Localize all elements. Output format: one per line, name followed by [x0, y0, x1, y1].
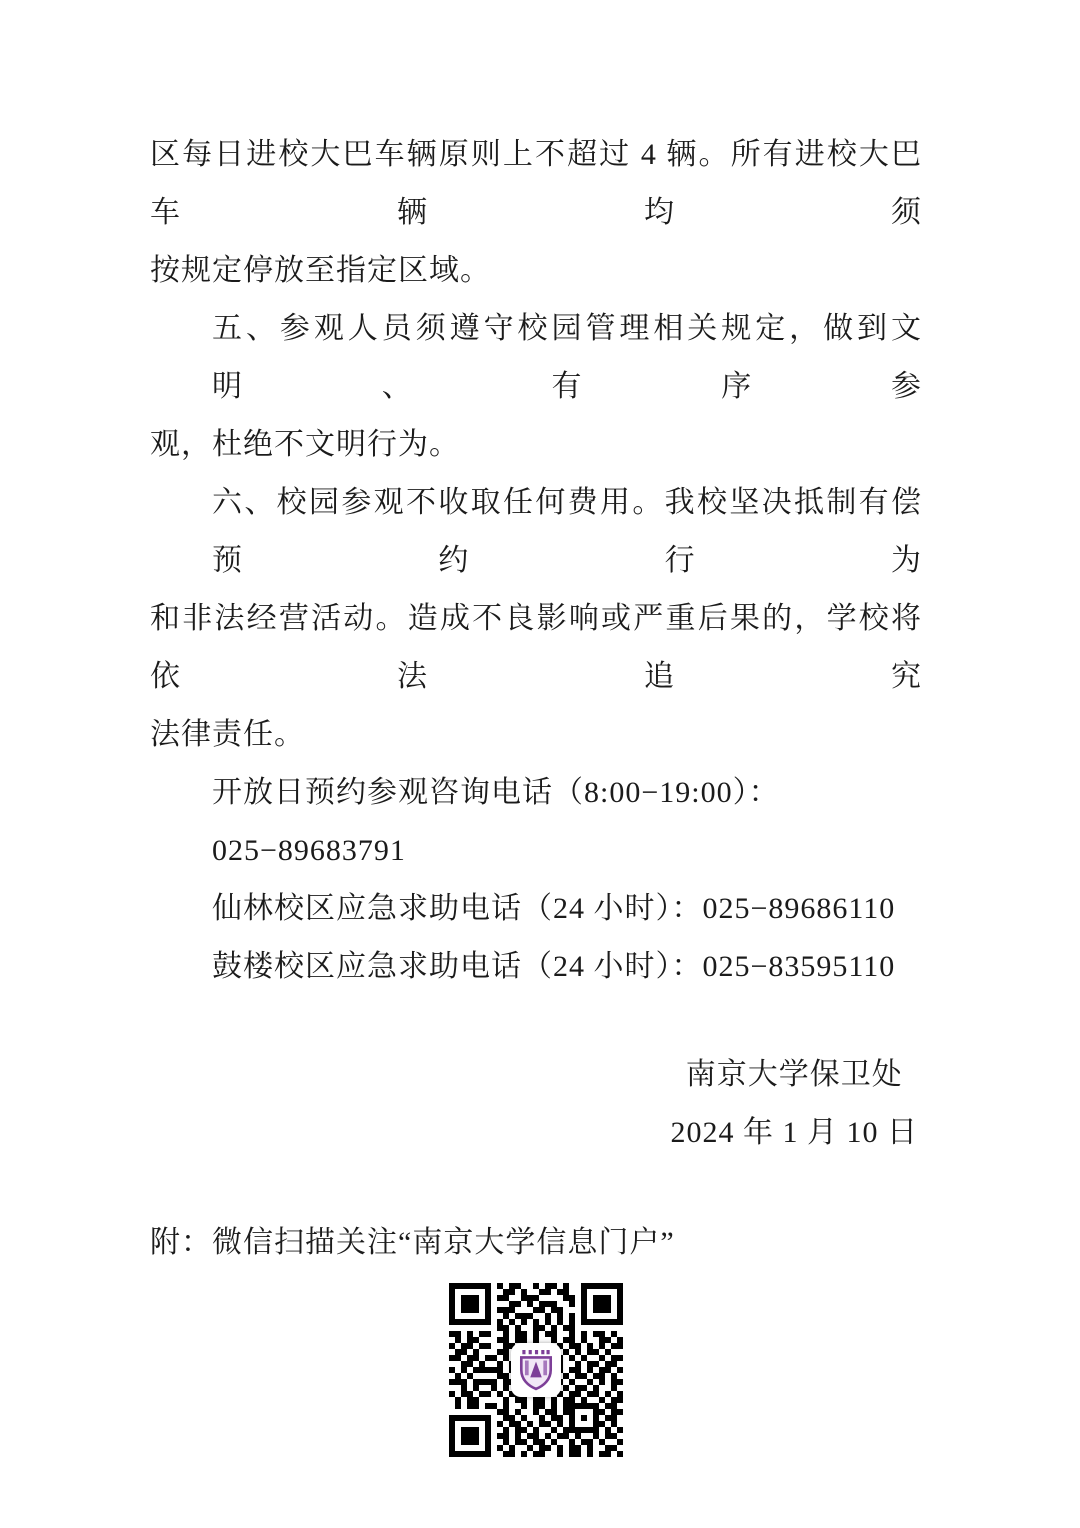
phone-line-gulou: 鼓楼校区应急求助电话（24 小时）：025−83595110 [150, 938, 922, 996]
document-page: 区每日进校大巴车辆原则上不超过 4 辆。所有进校大巴车辆均须 按规定停放至指定区… [0, 0, 1080, 1528]
body-line: 六、校园参观不收取任何费用。我校坚决抵制有偿预约行为 [150, 474, 922, 590]
body-line: 五、参观人员须遵守校园管理相关规定，做到文明、有序参 [150, 300, 922, 416]
university-shield-icon [518, 1349, 554, 1391]
phone-line-openday: 开放日预约参观咨询电话（8:00−19:00）：025−89683791 [150, 764, 922, 880]
body-line: 观，杜绝不文明行为。 [150, 416, 922, 474]
signature-date: 2024 年 1 月 10 日 [671, 1104, 919, 1162]
body-line: 和非法经营活动。造成不良影响或严重后果的，学校将依法追究 [150, 590, 922, 706]
qr-code [449, 1283, 623, 1457]
body-line: 区每日进校大巴车辆原则上不超过 4 辆。所有进校大巴车辆均须 [150, 126, 922, 242]
phone-line-xianlin: 仙林校区应急求助电话（24 小时）：025−89686110 [150, 880, 922, 938]
body-line: 法律责任。 [150, 706, 922, 764]
shield-crown [522, 1350, 549, 1354]
signature-block: 南京大学保卫处 2024 年 1 月 10 日 [671, 1046, 919, 1162]
attachment-note: 附：微信扫描关注“南京大学信息门户” [150, 1214, 922, 1272]
document-body: 区每日进校大巴车辆原则上不超过 4 辆。所有进校大巴车辆均须 按规定停放至指定区… [150, 126, 922, 1457]
qr-logo [511, 1343, 561, 1397]
body-line: 按规定停放至指定区域。 [150, 242, 922, 300]
signature-org: 南京大学保卫处 [671, 1046, 919, 1104]
